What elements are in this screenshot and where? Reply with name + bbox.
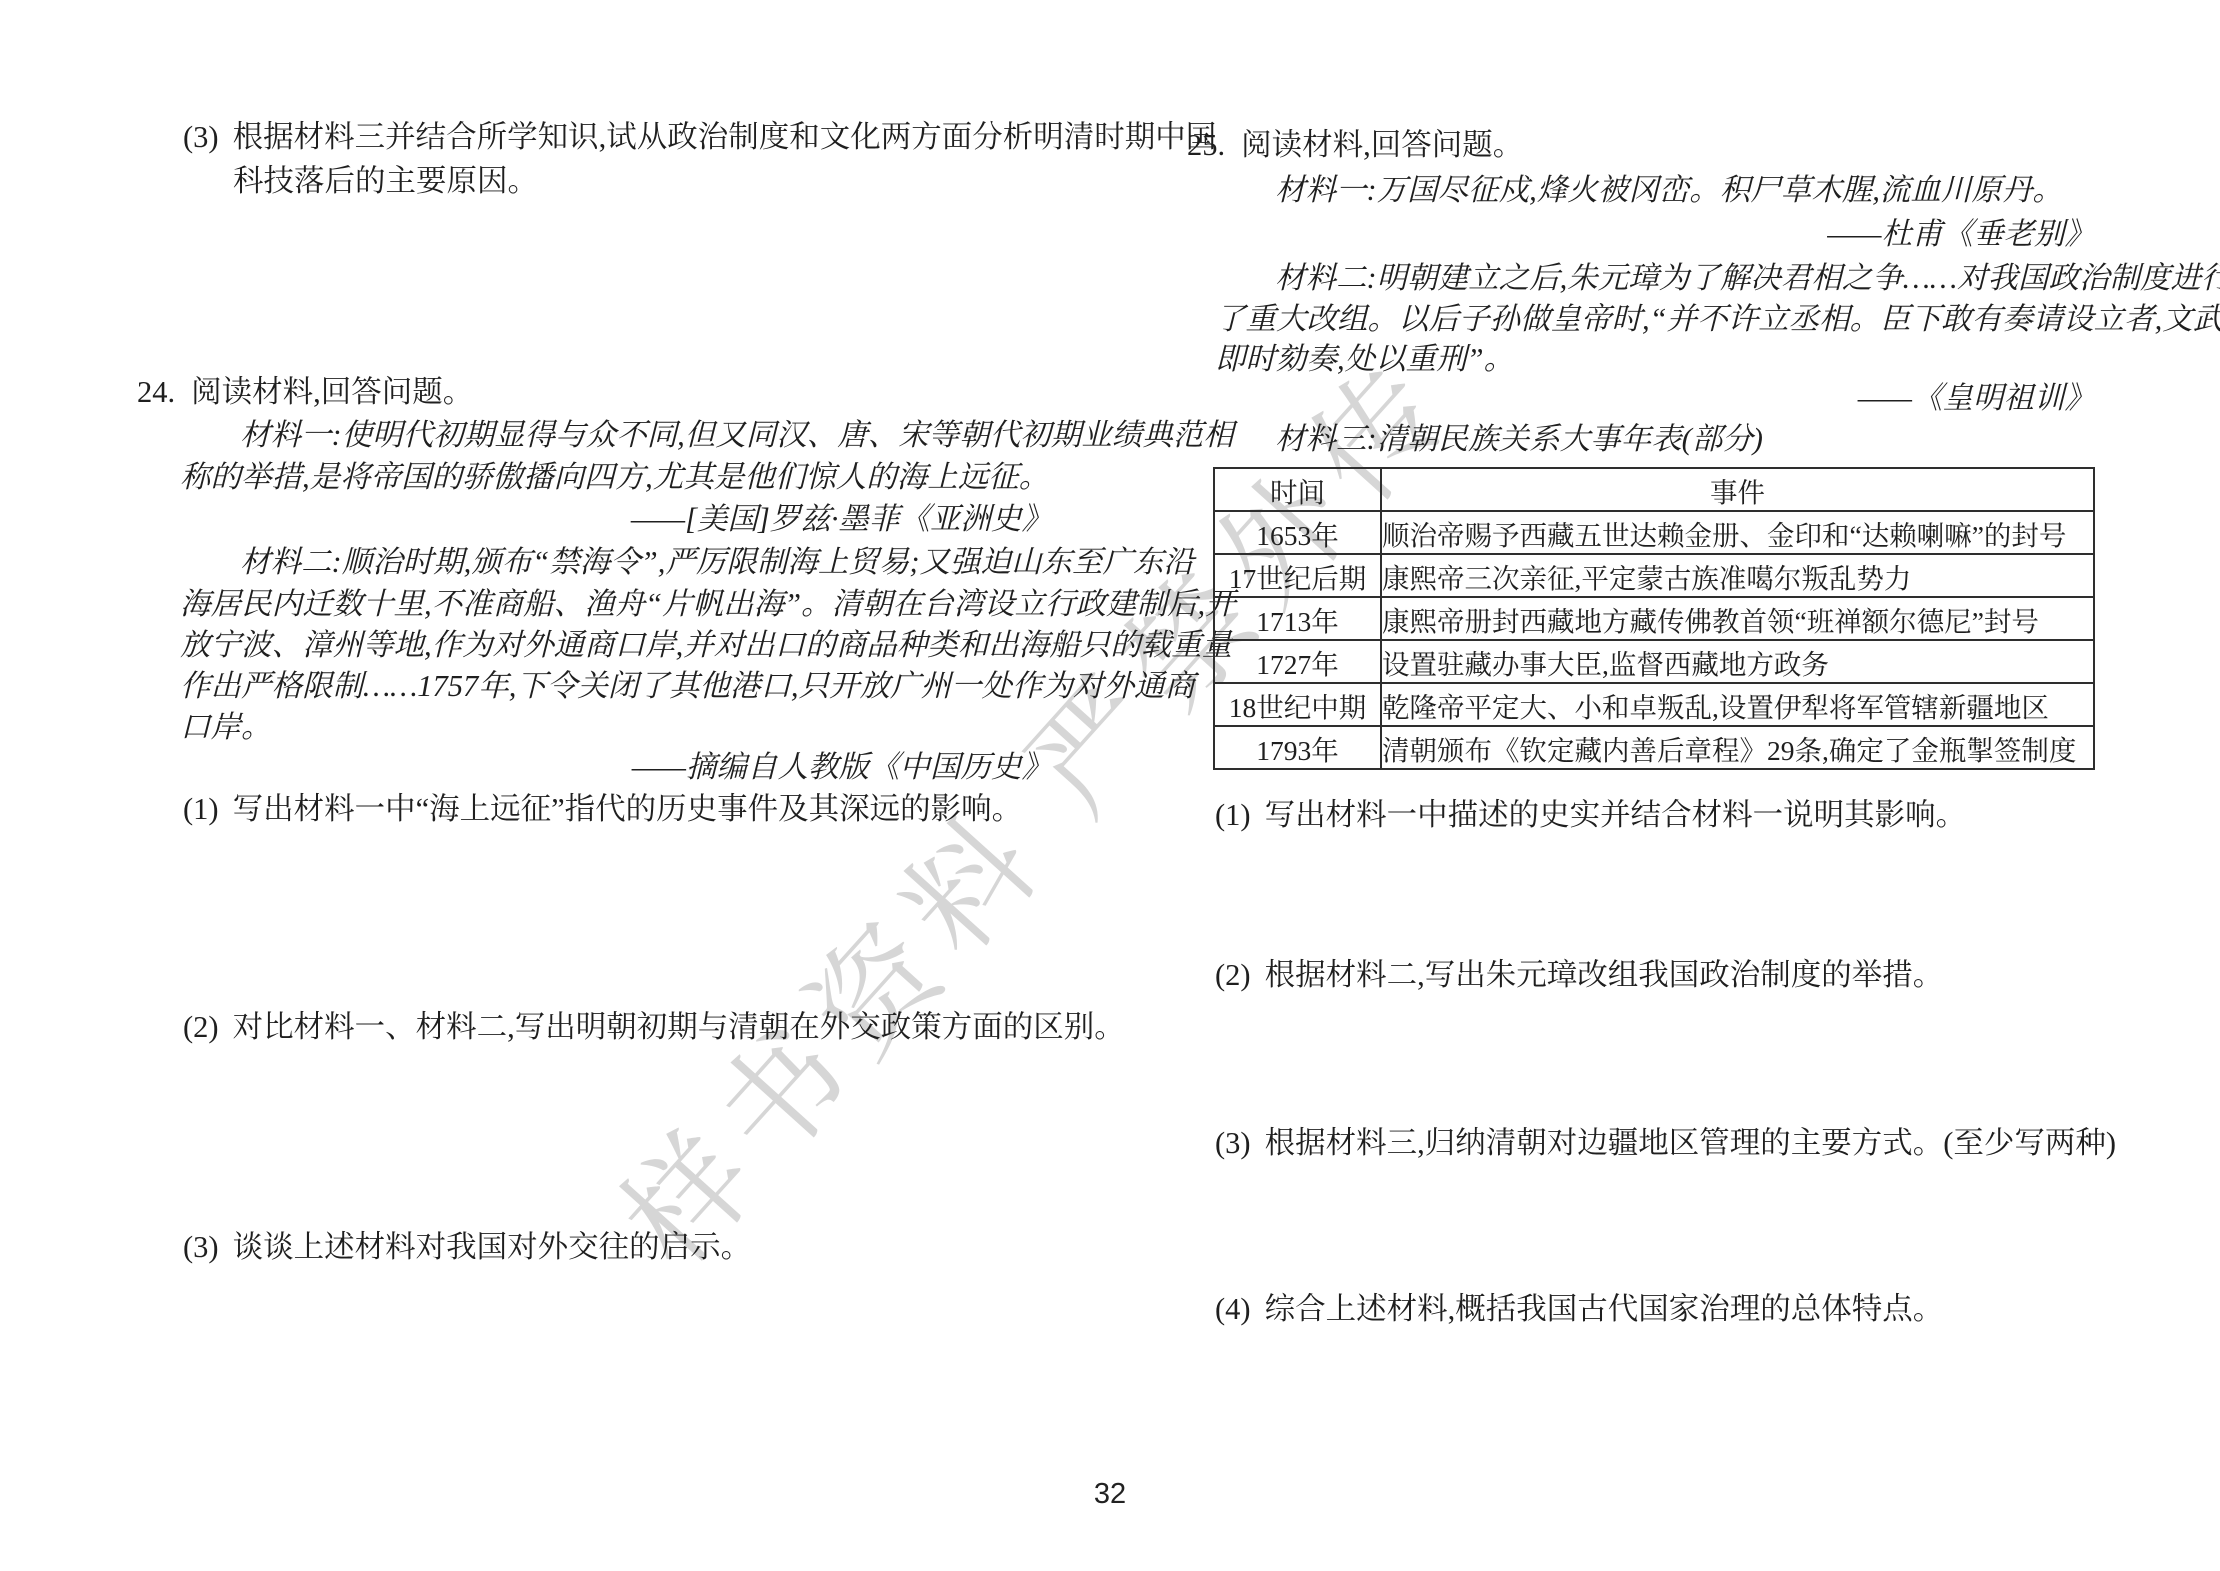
q25-material1-line: 材料一:万国尽征戍,烽火被冈峦。积尸草木腥,流血川原丹。 <box>1275 171 2063 209</box>
q24-question-3-label: (3) <box>183 1228 219 1266</box>
q25-question-3-text: 根据材料三,归纳清朝对边疆地区管理的主要方式。(至少写两种) <box>1265 1126 2116 1160</box>
exam-page: 样书资料 严禁外传 (3)根据材料三并结合所学知识,试从政治制度和文化两方面分析… <box>0 0 2220 1571</box>
q25-prompt: 阅读材料,回答问题。 <box>1241 128 1523 162</box>
q25-question-1: (1)写出材料一中描述的史实并结合材料一说明其影响。 <box>1215 796 1966 834</box>
q24-material2-line: 海居民内迁数十里,不准商船、渔舟“片帆出海”。清朝在台湾设立行政建制后,开 <box>180 585 1236 623</box>
q23-part3-label: (3) <box>183 118 219 156</box>
table-cell-time: 1713年 <box>1214 597 1381 640</box>
q24-material2-line: 作出严格限制……1757年,下令关闭了其他港口,只开放广州一处作为对外通商 <box>180 667 1195 705</box>
table-cell-event: 乾隆帝平定大、小和卓叛乱,设置伊犁将军管辖新疆地区 <box>1381 683 2094 726</box>
q24-question-1-label: (1) <box>183 790 219 828</box>
table-row: 17世纪后期 康熙帝三次亲征,平定蒙古族准噶尔叛乱势力 <box>1214 554 2094 597</box>
q24-question-1: (1)写出材料一中“海上远征”指代的历史事件及其深远的影响。 <box>183 790 1022 828</box>
q25-question-2-label: (2) <box>1215 956 1251 994</box>
q23-part3-line2: 科技落后的主要原因。 <box>233 162 538 200</box>
page-number: 32 <box>1040 1478 1180 1511</box>
q25-material2-source: ——《皇明祖训》 <box>1215 379 2095 417</box>
table-row: 18世纪中期 乾隆帝平定大、小和卓叛乱,设置伊犁将军管辖新疆地区 <box>1214 683 2094 726</box>
q24-prompt: 阅读材料,回答问题。 <box>191 375 473 409</box>
q24-material1-line: 材料一:使明代初期显得与众不同,但又同汉、唐、宋等朝代初期业绩典范相 <box>240 416 1234 454</box>
q24-question-3-text: 谈谈上述材料对我国对外交往的启示。 <box>233 1230 752 1264</box>
table-cell-time: 1727年 <box>1214 640 1381 683</box>
qing-events-table: 时间 事件 1653年 顺治帝赐予西藏五世达赖金册、金印和“达赖喇嘛”的封号 1… <box>1213 467 2095 770</box>
q25-material2-line: 材料二:明朝建立之后,朱元璋为了解决君相之争……对我国政治制度进行 <box>1275 259 2220 297</box>
q24-material2-source: ——摘编自人教版《中国历史》 <box>180 748 1052 786</box>
table-row: 1653年 顺治帝赐予西藏五世达赖金册、金印和“达赖喇嘛”的封号 <box>1214 511 2094 554</box>
q25-material2-line: 即时劾奏,处以重刑”。 <box>1215 340 1514 378</box>
q23-part3-line1: (3)根据材料三并结合所学知识,试从政治制度和文化两方面分析明清时期中国 <box>183 118 1216 156</box>
table-cell-time: 17世纪后期 <box>1214 554 1381 597</box>
table-cell-time: 1653年 <box>1214 511 1381 554</box>
table-cell-time: 1793年 <box>1214 726 1381 769</box>
q25-material1-source: ——杜甫《垂老别》 <box>1215 215 2095 253</box>
table-header-time: 时间 <box>1214 468 1381 511</box>
q25-question-4: (4)综合上述材料,概括我国古代国家治理的总体特点。 <box>1215 1290 1943 1328</box>
q24-question-3: (3)谈谈上述材料对我国对外交往的启示。 <box>183 1228 751 1266</box>
q25-question-1-label: (1) <box>1215 796 1251 834</box>
q25-material2-line: 了重大改组。以后子孙做皇帝时,“并不许立丞相。臣下敢有奏请设立者,文武群臣 <box>1215 300 2220 338</box>
table-cell-event: 康熙帝三次亲征,平定蒙古族准噶尔叛乱势力 <box>1381 554 2094 597</box>
q24-material2-line: 口岸。 <box>180 708 272 746</box>
q24-number: 24. <box>137 373 175 411</box>
table-cell-event: 清朝颁布《钦定藏内善后章程》29条,确定了金瓶掣签制度 <box>1381 726 2094 769</box>
q24-material1-line: 称的举措,是将帝国的骄傲播向四方,尤其是他们惊人的海上远征。 <box>180 458 1049 496</box>
table-row: 1727年 设置驻藏办事大臣,监督西藏地方政务 <box>1214 640 2094 683</box>
q25-number: 25. <box>1187 126 1225 164</box>
q23-part3-text2: 科技落后的主要原因。 <box>233 164 538 198</box>
table-header-row: 时间 事件 <box>1214 468 2094 511</box>
q25-question-3-label: (3) <box>1215 1124 1251 1162</box>
q25-question-2-text: 根据材料二,写出朱元璋改组我国政治制度的举措。 <box>1265 958 1944 992</box>
q25-question-2: (2)根据材料二,写出朱元璋改组我国政治制度的举措。 <box>1215 956 1943 994</box>
q23-part3-text1: 根据材料三并结合所学知识,试从政治制度和文化两方面分析明清时期中国 <box>233 120 1217 154</box>
q24-question-1-text: 写出材料一中“海上远征”指代的历史事件及其深远的影响。 <box>233 792 1023 826</box>
q25-question-1-text: 写出材料一中描述的史实并结合材料一说明其影响。 <box>1265 798 1967 832</box>
q24-material2-line: 材料二:顺治时期,颁布“禁海令”,严厉限制海上贸易;又强迫山东至广东沿 <box>240 543 1194 581</box>
q24-material1-source: ——[美国]罗兹·墨菲《亚洲史》 <box>180 500 1052 538</box>
q24-heading: 24.阅读材料,回答问题。 <box>137 373 473 411</box>
q25-question-4-label: (4) <box>1215 1290 1251 1328</box>
table-cell-event: 顺治帝赐予西藏五世达赖金册、金印和“达赖喇嘛”的封号 <box>1381 511 2094 554</box>
q24-question-2-text: 对比材料一、材料二,写出明朝初期与清朝在外交政策方面的区别。 <box>233 1010 1125 1044</box>
table-cell-event: 康熙帝册封西藏地方藏传佛教首领“班禅额尔德尼”封号 <box>1381 597 2094 640</box>
q24-question-2: (2)对比材料一、材料二,写出明朝初期与清朝在外交政策方面的区别。 <box>183 1008 1125 1046</box>
table-row: 1713年 康熙帝册封西藏地方藏传佛教首领“班禅额尔德尼”封号 <box>1214 597 2094 640</box>
q25-material3-caption: 材料三:清朝民族关系大事年表(部分) <box>1275 420 1763 458</box>
table-cell-time: 18世纪中期 <box>1214 683 1381 726</box>
q24-question-2-label: (2) <box>183 1008 219 1046</box>
q24-material2-line: 放宁波、漳州等地,作为对外通商口岸,并对出口的商品种类和出海船只的载重量 <box>180 626 1232 664</box>
q25-heading: 25.阅读材料,回答问题。 <box>1187 126 1523 164</box>
table-header-event: 事件 <box>1381 468 2094 511</box>
table-cell-event: 设置驻藏办事大臣,监督西藏地方政务 <box>1381 640 2094 683</box>
q25-question-4-text: 综合上述材料,概括我国古代国家治理的总体特点。 <box>1265 1292 1944 1326</box>
page-content: (3)根据材料三并结合所学知识,试从政治制度和文化两方面分析明清时期中国 科技落… <box>0 0 2220 1571</box>
q25-question-3: (3)根据材料三,归纳清朝对边疆地区管理的主要方式。(至少写两种) <box>1215 1124 2116 1162</box>
table-row: 1793年 清朝颁布《钦定藏内善后章程》29条,确定了金瓶掣签制度 <box>1214 726 2094 769</box>
